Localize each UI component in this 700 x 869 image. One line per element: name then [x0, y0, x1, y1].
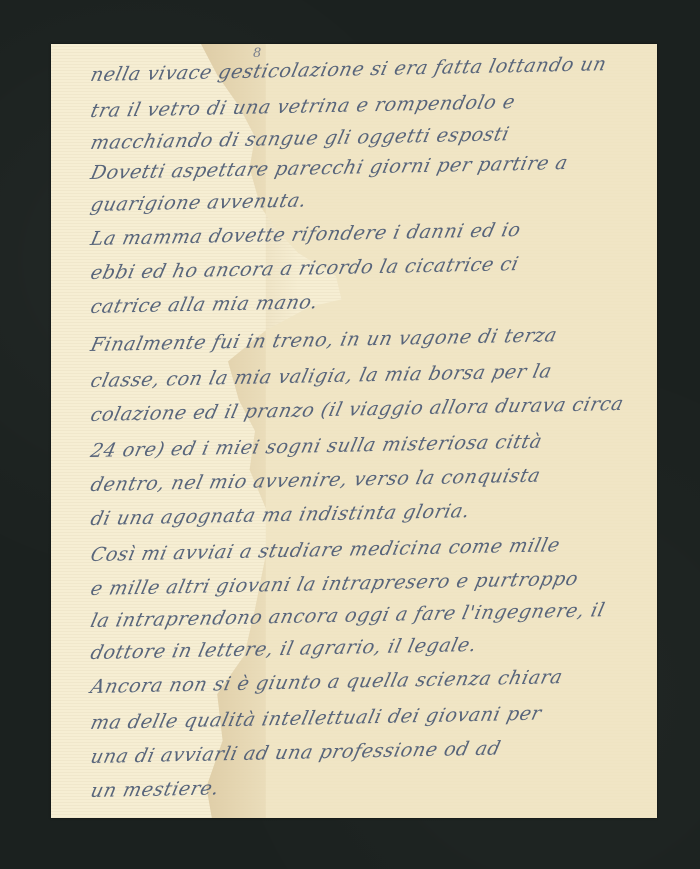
text-line: tra il vetro di una vetrina e rompendolo…: [88, 91, 517, 122]
text-line: macchiando di sangue gli oggetti esposti: [88, 123, 511, 154]
text-line: dentro, nel mio avvenire, verso la conqu…: [88, 465, 542, 497]
text-line: La mamma dovette rifondere i danni ed io: [88, 219, 523, 250]
text-line: Così mi avviai a studiare medicina come …: [88, 534, 562, 566]
text-line: ma delle qualità intellettuali dei giova…: [88, 703, 543, 735]
text-line: Dovetti aspettare parecchi giorni per pa…: [88, 152, 570, 184]
handwritten-text: nella vivace gesticolazione si era fatta…: [51, 44, 657, 818]
text-line: e mille altri giovani la intrapresero e …: [88, 568, 580, 600]
text-line: ebbi ed ho ancora a ricordo la cicatrice…: [88, 253, 521, 284]
text-line: colazione ed il pranzo (il viaggio allor…: [88, 393, 625, 426]
text-line: 24 ore) ed i miei sogni sulla misteriosa…: [88, 430, 544, 462]
text-line: nella vivace gesticolazione si era fatta…: [88, 53, 608, 86]
text-line: catrice alla mia mano.: [88, 291, 320, 318]
letter-page: 8 nella vivace gesticolazione si era fat…: [51, 44, 657, 818]
text-line: di una agognata ma indistinta gloria.: [88, 500, 472, 530]
text-line: Finalmente fui in treno, in un vagone di…: [88, 324, 559, 356]
text-line: una di avviarli ad una professione od ad: [88, 737, 503, 768]
text-line: classe, con la mia valigia, la mia borsa…: [88, 360, 554, 392]
text-line: la intraprendono ancora oggi a fare l'in…: [88, 599, 607, 632]
text-line: guarigione avvenuta.: [88, 189, 309, 216]
text-line: un mestiere.: [88, 777, 221, 802]
text-line: Ancora non si è giunto a quella scienza …: [88, 666, 564, 698]
text-line: dottore in lettere, il agrario, il legal…: [88, 634, 479, 664]
